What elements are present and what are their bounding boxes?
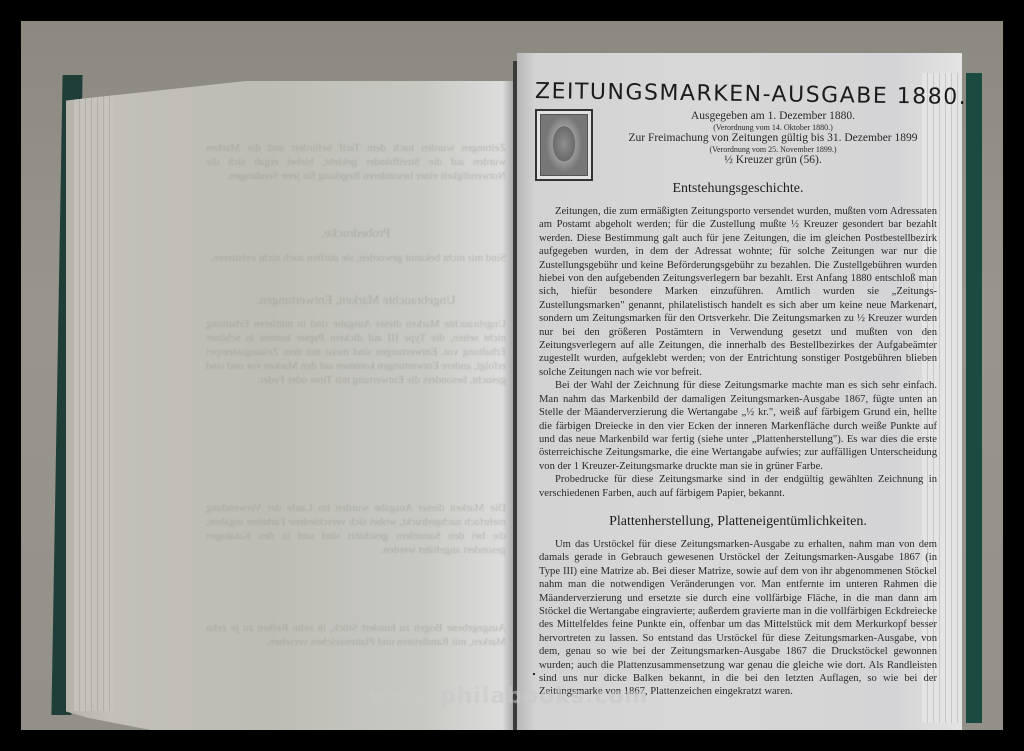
right-page: ZEITUNGSMARKEN-AUSGABE 1880. Ausgegeben … <box>517 53 962 730</box>
paragraph: Um das Urstöckel für diese Zeitungsmarke… <box>539 538 937 699</box>
watermark: www.philabooks.com <box>368 684 648 709</box>
issue-decree: (Verordnung vom 14. Oktober 1880.) <box>609 123 937 132</box>
section-heading: Plattenherstellung, Platteneigentümlichk… <box>539 514 937 530</box>
paragraph: Zeitungen, die zum ermäßigten Zeitungspo… <box>539 205 937 379</box>
left-page-edges <box>74 91 114 711</box>
validity-date: Zur Freimachung von Zeitungen gültig bis… <box>609 132 937 145</box>
bleed-through-text: Ungebrauchte Marken dieser Ausgabe sind … <box>206 317 506 387</box>
bleed-through-text: Zeitungen wurden nach dem Tarif beförder… <box>206 141 506 183</box>
bleed-through-text: Die Marken dieser Ausgabe wurden im Lauf… <box>206 501 506 557</box>
ink-speck <box>533 673 535 675</box>
book-cover-right <box>966 73 982 723</box>
validity-decree: (Verordnung vom 25. November 1899.) <box>609 145 937 154</box>
stamp-image-icon <box>535 109 593 181</box>
stamp-value: ½ Kreuzer grün (56). <box>609 154 937 167</box>
page-title: ZEITUNGSMARKEN-AUSGABE 1880. <box>535 79 937 110</box>
paragraph: Bei der Wahl der Zeichnung für diese Zei… <box>539 379 937 473</box>
left-page: Zeitungen wurden nach dem Tarif beförder… <box>66 81 516 730</box>
bleed-through-text: Ausgegebene Bogen zu hundert Stück, in z… <box>206 621 506 649</box>
photo-frame: Zeitungen wurden nach dem Tarif beförder… <box>21 21 1003 730</box>
section-heading: Entstehungsgeschichte. <box>539 181 937 197</box>
bleed-through-heading: Ungebrauchte Marken, Entwertungen. <box>206 293 506 307</box>
paragraph: Probedrucke für diese Zeitungsmarke sind… <box>539 473 937 500</box>
page-content: ZEITUNGSMARKEN-AUSGABE 1880. Ausgegeben … <box>539 73 937 699</box>
bleed-through-text: Sind mir nicht bekannt geworden; sie dür… <box>206 251 506 265</box>
issue-date: Ausgegeben am 1. Dezember 1880. <box>609 110 937 123</box>
bleed-through-heading: Probedrucke. <box>206 226 506 240</box>
issue-info: Ausgegeben am 1. Dezember 1880. (Verordn… <box>609 110 937 167</box>
stamp-portrait <box>540 114 588 176</box>
